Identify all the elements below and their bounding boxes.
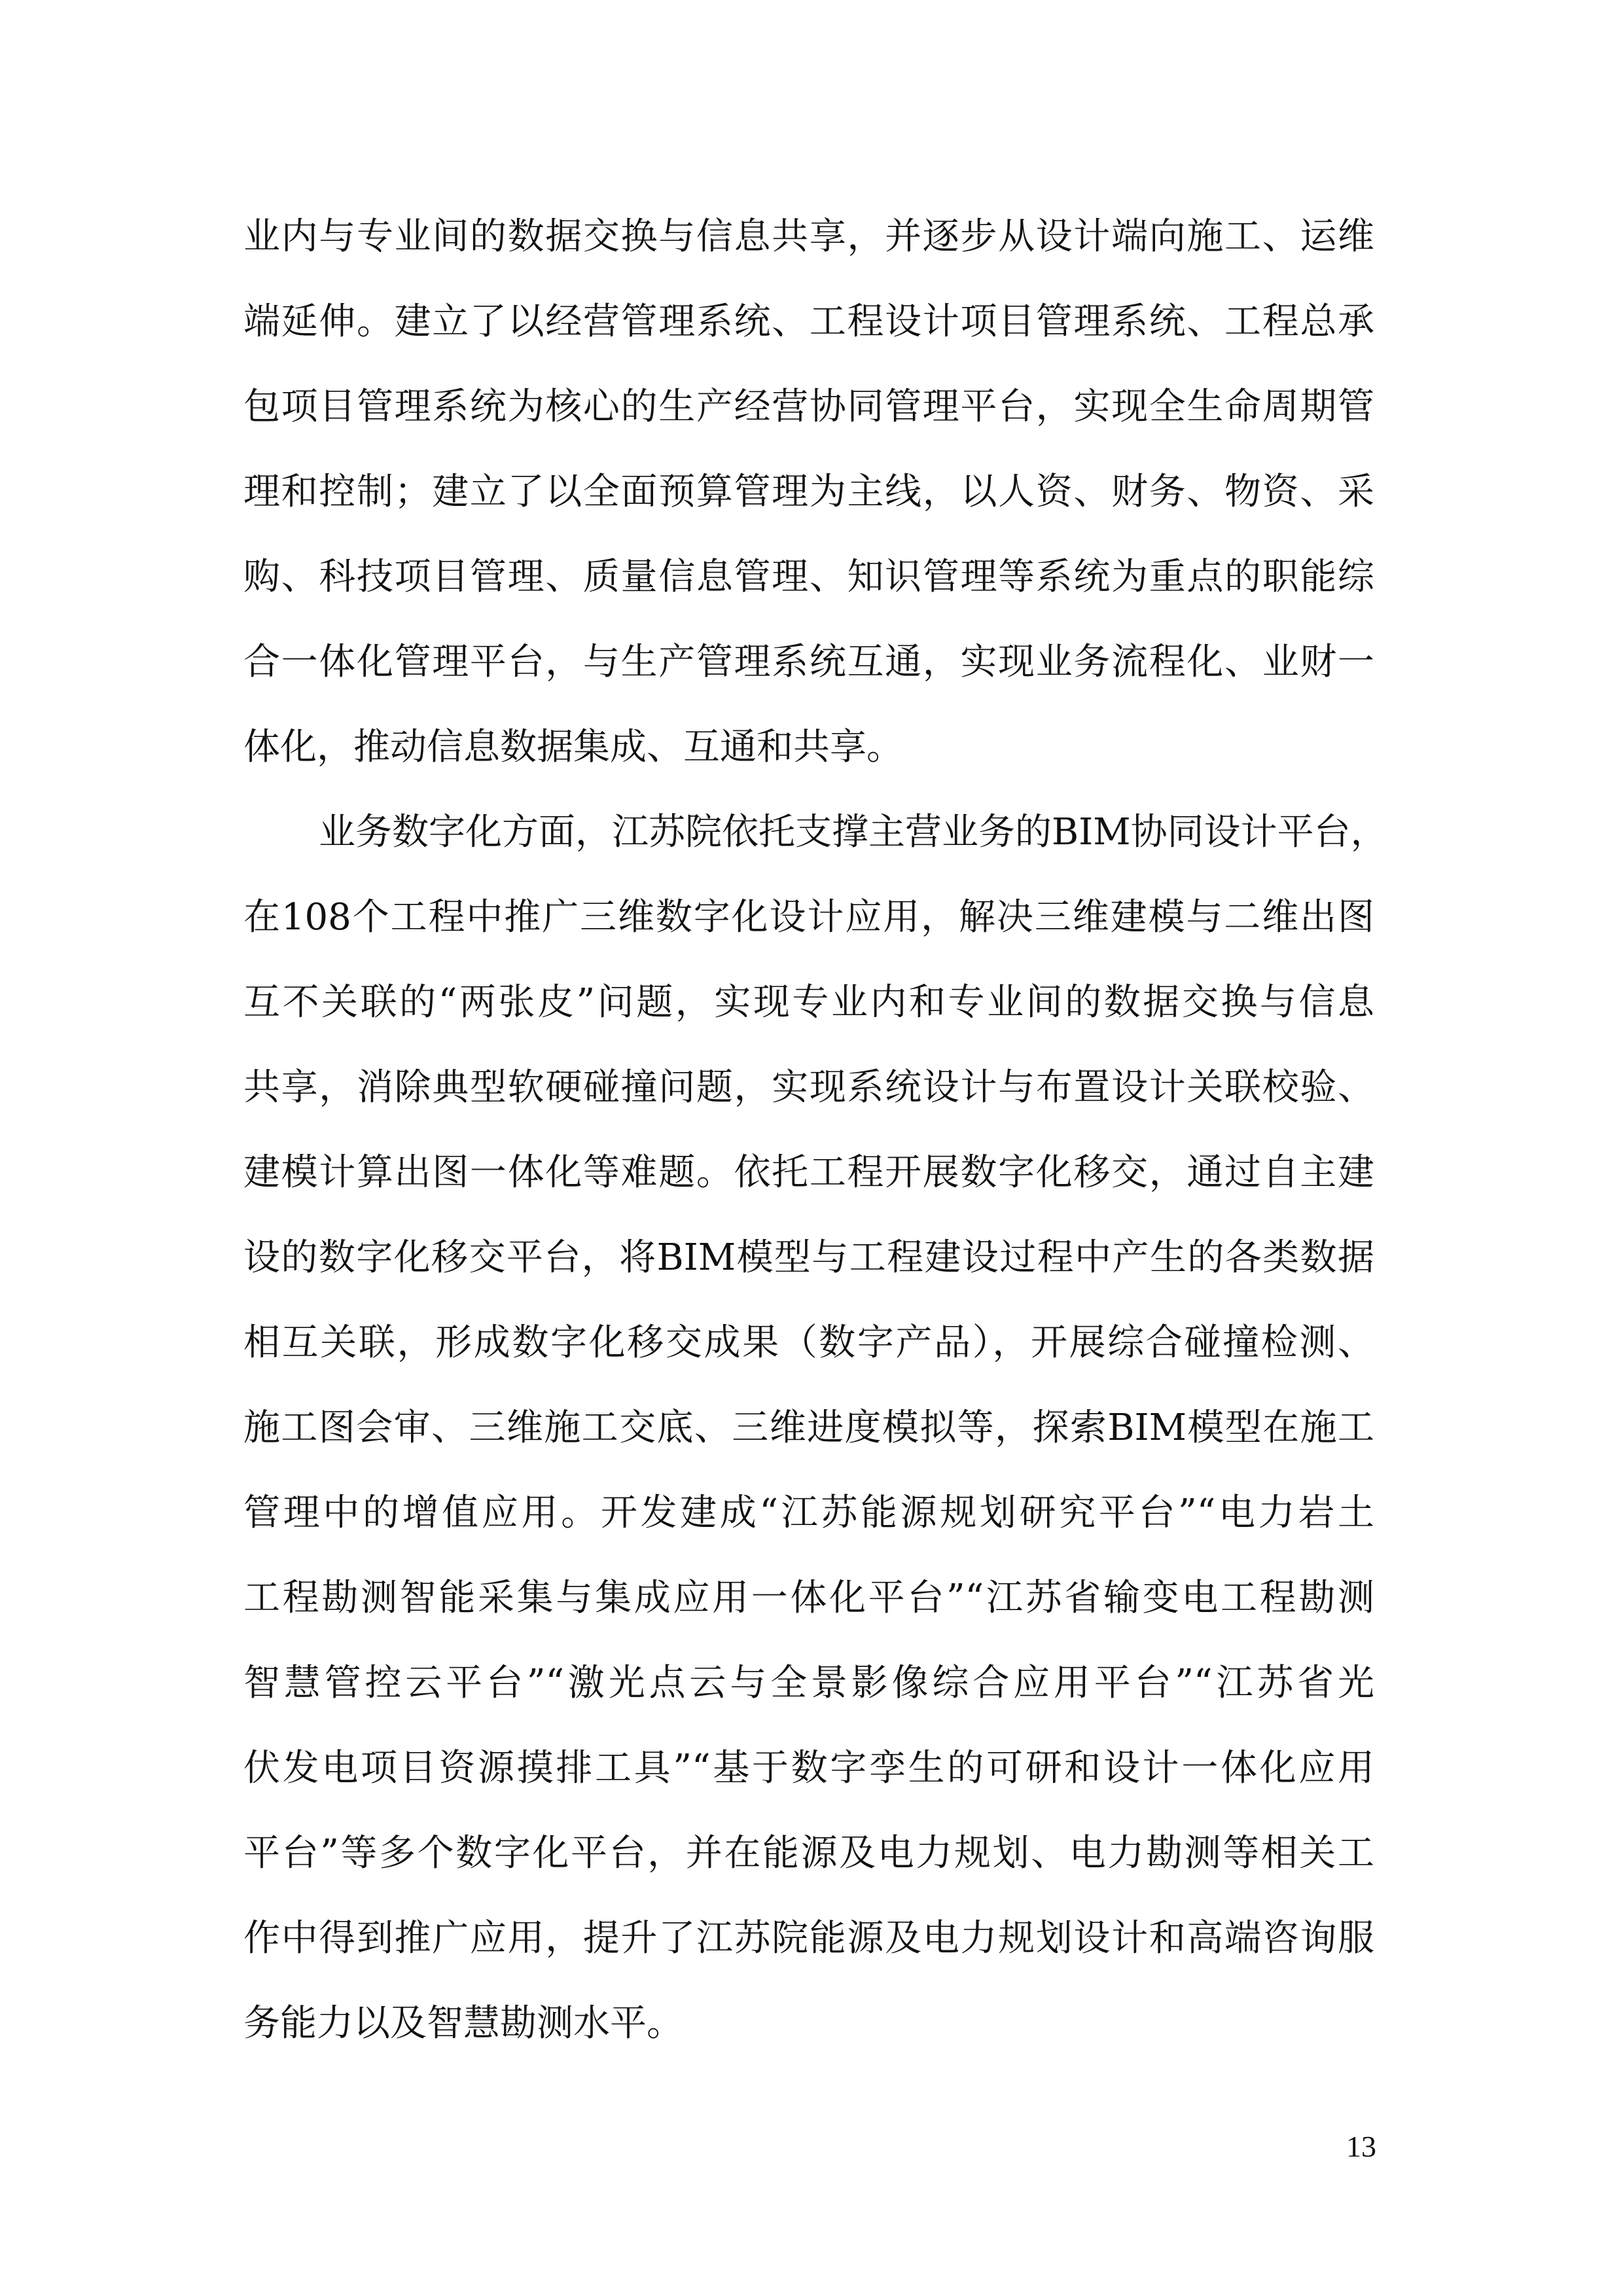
text-line: 智慧管控云平台”“激光点云与全景影像综合应用平台”“江苏省光 [243, 1641, 1374, 1726]
text-line: 施工图会审、三维施工交底、三维进度模拟等，探索BIM模型在施工 [243, 1386, 1374, 1471]
text-line: 端延伸。建立了以经营管理系统、工程设计项目管理系统、工程总承 [243, 279, 1374, 365]
text-line: 建模计算出图一体化等难题。依托工程开展数字化移交，通过自主建 [243, 1130, 1374, 1215]
document-page: 业内与专业间的数据交换与信息共享，并逐步从设计端向施工、运维 端延伸。建立了以经… [0, 0, 1623, 2296]
text-line: 工程勘测智能采集与集成应用一体化平台”“江苏省输变电工程勘测 [243, 1556, 1374, 1641]
text-line: 平台”等多个数字化平台，并在能源及电力规划、电力勘测等相关工 [243, 1811, 1374, 1896]
text-line: 共享，消除典型软硬碰撞问题，实现系统设计与布置设计关联校验、 [243, 1045, 1374, 1130]
text-line: 在108个工程中推广三维数字化设计应用，解决三维建模与二维出图 [243, 875, 1374, 960]
text-line: 包项目管理系统为核心的生产经营协同管理平台，实现全生命周期管 [243, 365, 1374, 450]
text-line: 合一体化管理平台，与生产管理系统互通，实现业务流程化、业财一 [243, 620, 1374, 705]
text-line: 购、科技项目管理、质量信息管理、知识管理等系统为重点的职能综 [243, 535, 1374, 620]
text-line: 作中得到推广应用，提升了江苏院能源及电力规划设计和高端咨询服 [243, 1896, 1374, 1981]
text-line: 业内与专业间的数据交换与信息共享，并逐步从设计端向施工、运维 [243, 194, 1374, 279]
text-line: 设的数字化移交平台，将BIM模型与工程建设过程中产生的各类数据 [243, 1215, 1374, 1300]
page-number: 13 [1335, 2127, 1387, 2166]
text-line: 管理中的增值应用。开发建成“江苏能源规划研究平台”“电力岩土 [243, 1471, 1374, 1556]
text-line: 业务数字化方面，江苏院依托支撑主营业务的BIM协同设计平台， [319, 790, 1374, 875]
text-line: 伏发电项目资源摸排工具”“基于数字孪生的可研和设计一体化应用 [243, 1726, 1374, 1811]
text-line: 理和控制；建立了以全面预算管理为主线，以人资、财务、物资、采 [243, 450, 1374, 535]
text-line: 务能力以及智慧勘测水平。 [243, 1981, 1374, 2066]
text-line: 相互关联，形成数字化移交成果（数字产品），开展综合碰撞检测、 [243, 1300, 1374, 1386]
text-line: 体化，推动信息数据集成、互通和共享。 [243, 705, 1374, 790]
text-line: 互不关联的“两张皮”问题，实现专业内和专业间的数据交换与信息 [243, 960, 1374, 1045]
